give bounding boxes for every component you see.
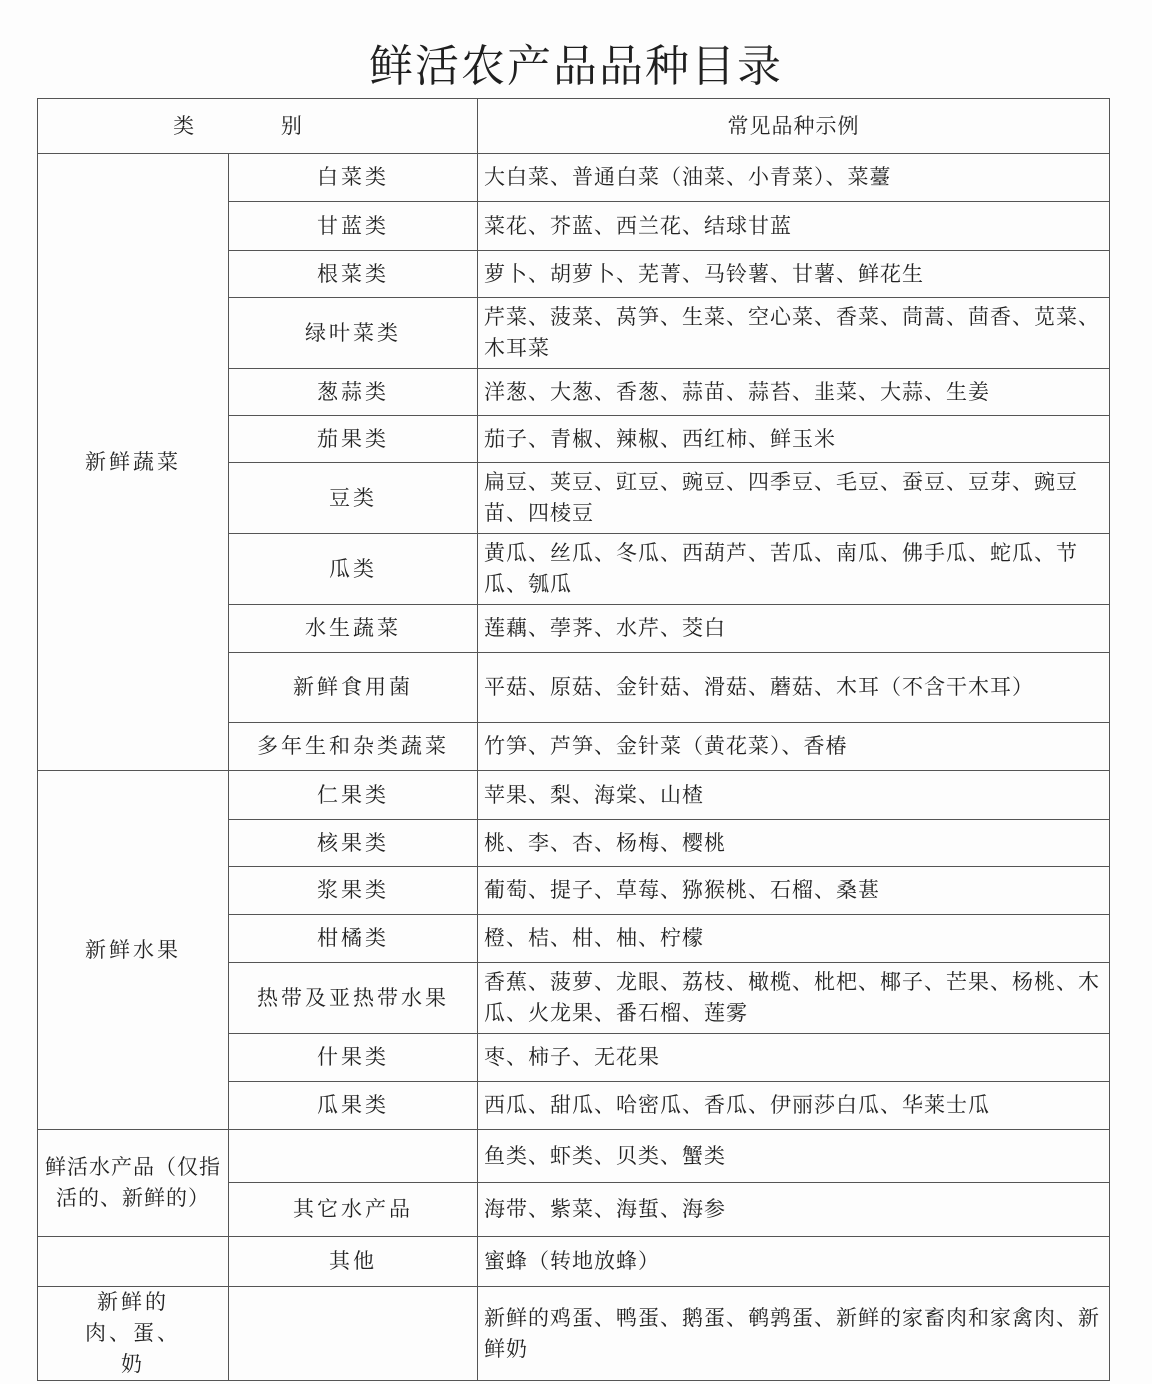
subcategory: 什果类	[229, 1034, 478, 1082]
header-category: 类 别	[38, 99, 478, 154]
examples: 扁豆、荚豆、豇豆、豌豆、四季豆、毛豆、蚕豆、豆芽、豌豆苗、四棱豆	[478, 463, 1110, 534]
examples: 桃、李、杏、杨梅、樱桃	[478, 820, 1110, 867]
group-vegetables: 新鲜蔬菜	[38, 154, 229, 771]
examples: 橙、桔、柑、柚、柠檬	[478, 915, 1110, 963]
examples: 茄子、青椒、辣椒、西红柿、鲜玉米	[478, 416, 1110, 463]
examples: 竹笋、芦笋、金针菜（黄花菜）、香椿	[478, 723, 1110, 771]
table-row: 新鲜蔬菜 白菜类 大白菜、普通白菜（油菜、小青菜）、菜薹	[38, 154, 1110, 202]
group-other	[38, 1237, 229, 1287]
subcategory: 甘蓝类	[229, 202, 478, 251]
examples: 蜜蜂（转地放蜂）	[478, 1237, 1110, 1287]
group-meat-egg-milk: 新鲜的肉、蛋、奶	[38, 1287, 229, 1381]
subcategory	[229, 1130, 478, 1183]
group-fruits: 新鲜水果	[38, 771, 229, 1130]
examples: 香蕉、菠萝、龙眼、荔枝、橄榄、枇杷、椰子、芒果、杨桃、木瓜、火龙果、番石榴、莲雾	[478, 963, 1110, 1034]
subcategory: 多年生和杂类蔬菜	[229, 723, 478, 771]
examples: 西瓜、甜瓜、哈密瓜、香瓜、伊丽莎白瓜、华莱士瓜	[478, 1082, 1110, 1130]
subcategory: 豆类	[229, 463, 478, 534]
subcategory: 热带及亚热带水果	[229, 963, 478, 1034]
examples: 枣、柿子、无花果	[478, 1034, 1110, 1082]
table-row: 新鲜的肉、蛋、奶 新鲜的鸡蛋、鸭蛋、鹅蛋、鹌鹑蛋、新鲜的家畜肉和家禽肉、新鲜奶	[38, 1287, 1110, 1381]
subcategory: 瓜类	[229, 534, 478, 605]
examples: 葡萄、提子、草莓、猕猴桃、石榴、桑葚	[478, 867, 1110, 915]
subcategory: 柑橘类	[229, 915, 478, 963]
examples: 新鲜的鸡蛋、鸭蛋、鹅蛋、鹌鹑蛋、新鲜的家畜肉和家禽肉、新鲜奶	[478, 1287, 1110, 1381]
subcategory	[229, 1287, 478, 1381]
subcategory: 绿叶菜类	[229, 298, 478, 369]
subcategory: 瓜果类	[229, 1082, 478, 1130]
examples: 莲藕、荸荠、水芹、茭白	[478, 605, 1110, 653]
subcategory: 其他	[229, 1237, 478, 1287]
group-aquatic: 鲜活水产品（仅指活的、新鲜的）	[38, 1130, 229, 1237]
subcategory: 核果类	[229, 820, 478, 867]
subcategory: 茄果类	[229, 416, 478, 463]
subcategory: 仁果类	[229, 771, 478, 820]
examples: 芹菜、菠菜、莴笋、生菜、空心菜、香菜、茼蒿、茴香、苋菜、木耳菜	[478, 298, 1110, 369]
table-row: 新鲜水果 仁果类 苹果、梨、海棠、山楂	[38, 771, 1110, 820]
subcategory: 白菜类	[229, 154, 478, 202]
examples: 平菇、原菇、金针菇、滑菇、蘑菇、木耳（不含干木耳）	[478, 653, 1110, 723]
subcategory: 新鲜食用菌	[229, 653, 478, 723]
catalog-table: 类 别 常见品种示例 新鲜蔬菜 白菜类 大白菜、普通白菜（油菜、小青菜）、菜薹 …	[37, 98, 1110, 1381]
examples: 苹果、梨、海棠、山楂	[478, 771, 1110, 820]
subcategory: 葱蒜类	[229, 369, 478, 416]
header-examples: 常见品种示例	[478, 99, 1110, 154]
document-title: 鲜活农产品品种目录	[0, 30, 1152, 94]
examples: 洋葱、大葱、香葱、蒜苗、蒜苔、韭菜、大蒜、生姜	[478, 369, 1110, 416]
examples: 大白菜、普通白菜（油菜、小青菜）、菜薹	[478, 154, 1110, 202]
table-row: 鲜活水产品（仅指活的、新鲜的） 鱼类、虾类、贝类、蟹类	[38, 1130, 1110, 1183]
examples: 海带、紫菜、海蜇、海参	[478, 1183, 1110, 1237]
subcategory: 根菜类	[229, 251, 478, 298]
subcategory: 水生蔬菜	[229, 605, 478, 653]
examples: 鱼类、虾类、贝类、蟹类	[478, 1130, 1110, 1183]
table-row: 其他 蜜蜂（转地放蜂）	[38, 1237, 1110, 1287]
subcategory: 其它水产品	[229, 1183, 478, 1237]
examples: 萝卜、胡萝卜、芜菁、马铃薯、甘薯、鲜花生	[478, 251, 1110, 298]
header-row: 类 别 常见品种示例	[38, 99, 1110, 154]
examples: 黄瓜、丝瓜、冬瓜、西葫芦、苦瓜、南瓜、佛手瓜、蛇瓜、节瓜、瓠瓜	[478, 534, 1110, 605]
subcategory: 浆果类	[229, 867, 478, 915]
examples: 菜花、芥蓝、西兰花、结球甘蓝	[478, 202, 1110, 251]
